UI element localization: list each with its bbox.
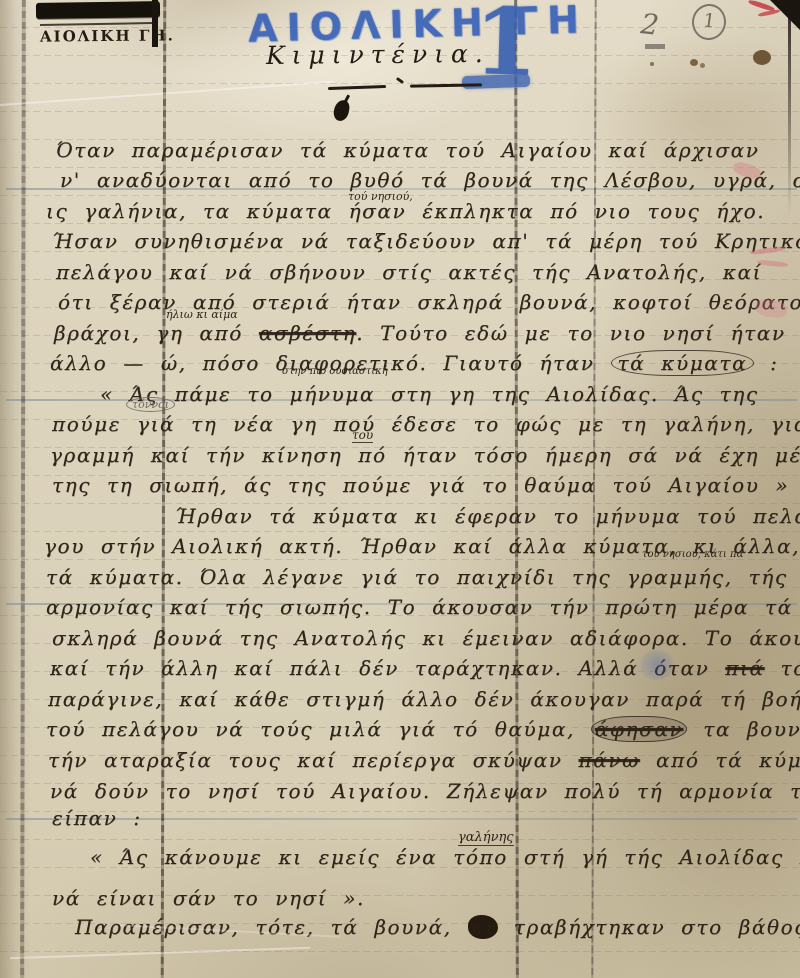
text-segment: σκληρά βουνά της Ανατολής κι έμειναν αδι…: [52, 626, 800, 650]
title-dash-comma: [396, 77, 404, 84]
text-segment: αρμονίας καί τής σιωπής. Το άκουσαν τήν …: [46, 595, 793, 619]
text-segment: γραμμή καί τήν κίνηση πό ήταν τόσο ήμερη…: [50, 443, 800, 467]
manuscript-line: της τη σιωπή, άς της πούμε γιά το θαύμα …: [52, 473, 789, 497]
fold-line: [20, 0, 26, 978]
text-segment: είπαν :: [52, 806, 142, 830]
ink-blot: [333, 99, 351, 122]
manuscript-line: ν' αναδύονται από το βυθό τά βουνά της Λ…: [60, 168, 800, 192]
manuscript-line: είπαν :: [52, 806, 142, 830]
chapter-title: Κιμιντένια.: [266, 39, 490, 70]
title-dash: [328, 85, 386, 90]
text-segment: πελάγου καί νά σβήνουν στίς ακτές τής Αν…: [56, 260, 762, 284]
text-segment: νά δούν το νησί τού Αιγαίου. Ζήλεψαν πολ…: [50, 779, 800, 803]
blue-pencil-smudge: [638, 650, 676, 680]
manuscript-line: Όταν παραμέρισαν τά κύματα τού Αιγαίου κ…: [56, 138, 759, 162]
interlinear-insert: τόννοι: [126, 397, 175, 412]
text-segment: καί τήν άλλη καί πάλι δέν ταράχτηκαν. Αλ…: [50, 656, 725, 680]
red-crayon-mark: [758, 9, 780, 17]
text-segment: « Άς πάμε το μήνυμα στη γη της Αιολίδας.…: [100, 382, 759, 406]
manuscript-line: πελάγου καί νά σβήνουν στίς ακτές τής Αν…: [56, 260, 762, 284]
text-segment: . Τούτο εδώ με το νιο νησί ήταν κάτι: [356, 321, 800, 345]
interlinear-insert: τού νησιού,: [348, 190, 413, 203]
manuscript-line: Ήσαν συνηθισμένα νά ταξιδεύουν απ' τά μέ…: [52, 229, 800, 253]
ink-stain-spot: [650, 62, 654, 66]
manuscript-line: καί τήν άλλη καί πάλι δέν ταράχτηκαν. Αλ…: [50, 656, 800, 680]
manuscript-line: νά δούν το νησί τού Αιγαίου. Ζήλεψαν πολ…: [50, 779, 800, 803]
text-segment-strike: πάνω: [578, 748, 640, 772]
manuscript-line: τήν αταραξία τους καί περίεργα σκύψαν πά…: [48, 748, 800, 772]
interlinear-insert: του νησιού, κάτι πα: [642, 549, 743, 560]
text-segment: τήν αταραξία τους καί περίεργα σκύψαν: [48, 748, 578, 772]
interlinear-insert: στην πιο ουσιαστική: [282, 366, 388, 377]
manuscript-line: παράγινε, καί κάθε στιγμή άλλο δέν άκουγ…: [48, 687, 800, 711]
text-segment: Ήσαν συνηθισμένα νά ταξιδεύουν απ' τά μέ…: [52, 229, 800, 253]
manuscript-line: Ήρθαν τά κύματα κι έφεραν το μήνυμα τού …: [175, 504, 800, 528]
corner-box-edge: [152, 0, 158, 47]
manuscript-line: πούμε γιά τη νέα γη πού έδεσε το φώς με …: [52, 412, 800, 436]
manuscript-line: σκληρά βουνά της Ανατολής κι έμειναν αδι…: [52, 626, 800, 650]
text-segment: τα βουνά άφησαν: [687, 717, 800, 741]
manuscript-line: αρμονίας καί τής σιωπής. Το άκουσαν τήν …: [46, 595, 793, 619]
ink-stain-spot: [753, 50, 771, 65]
text-segment: πούμε γιά τη νέα γη πού έδεσε το φώς με …: [52, 412, 800, 436]
manuscript-page: ΑΙΟΛΙΚΗ ΓΗ. ΑΙΟΛΙΚΗ ΓΗ 1 Κιμιντένια. 2 1…: [0, 0, 800, 978]
text-segment: παράγινε, καί κάθε στιγμή άλλο δέν άκουγ…: [48, 687, 800, 711]
text-segment: « Άς κάνουμε κι εμείς ένα τόπο στή γή τή…: [90, 845, 800, 869]
text-segment: :: [754, 351, 778, 375]
text-segment: Όταν παραμέρισαν τά κύματα τού Αιγαίου κ…: [56, 138, 759, 162]
circled-page-number: 1: [690, 2, 729, 42]
text-segment: βράχοι, γη από: [54, 321, 259, 345]
text-segment: ν' αναδύονται από το βυθό τά βουνά της Λ…: [60, 168, 800, 192]
manuscript-line: νά είναι σάν το νησί ».: [52, 886, 365, 910]
page-number: 2: [639, 7, 660, 42]
scan-corner-shadow: [770, 0, 800, 30]
manuscript-line: βράχοι, γη από ασβέστη. Τούτο εδώ με το …: [54, 321, 800, 345]
manuscript-line: γραμμή καί τήν κίνηση πό ήταν τόσο ήμερη…: [50, 443, 800, 467]
text-segment: από τά κύματα: [640, 748, 800, 772]
corner-label-underline: [40, 22, 152, 26]
interlinear-insert: ήλιω κι αίμα: [166, 308, 238, 321]
interlinear-insert: του: [352, 428, 373, 443]
text-segment-circle: τά κύματα: [611, 350, 755, 376]
chapter-number-base-stroke: [462, 74, 530, 89]
interlinear-insert: γαλήνης: [458, 830, 514, 846]
ink-stain-spot: [700, 63, 705, 68]
redacted-title-bar: [36, 1, 160, 19]
text-segment-strike: πιά: [725, 656, 764, 680]
text-segment: τραβήχτηκαν στο βάθος: [498, 915, 800, 939]
page-number-underline: [645, 44, 665, 49]
manuscript-line: τά κύματα. Όλα λέγανε γιά το παιχνίδι τη…: [46, 565, 800, 589]
text-segment-scribble: άφησαν: [591, 716, 687, 742]
manuscript-line: τού πελάγου νά τούς μιλά γιά τό θαύμα, ά…: [46, 717, 800, 741]
text-segment: νά είναι σάν το νησί ».: [52, 886, 365, 910]
manuscript-line: άλλο — ώ, πόσο διαφορετικό. Γιαυτό ήταν …: [50, 351, 778, 375]
text-segment: τά κύματα. Όλα λέγανε γιά το παιχνίδι τη…: [46, 565, 800, 589]
text-segment: τού πελάγου νά τούς μιλά γιά τό θαύμα,: [46, 717, 591, 741]
ink-stain-spot: [690, 59, 698, 66]
text-segment-blot: κι: [468, 915, 498, 939]
text-segment: Ήρθαν τά κύματα κι έφεραν το μήνυμα τού …: [175, 504, 800, 528]
text-segment: της τη σιωπή, άς της πούμε γιά το θαύμα …: [52, 473, 789, 497]
text-segment: τό κακό: [765, 656, 800, 680]
paper-crease: [0, 81, 334, 106]
text-segment-strike: ασβέστη: [259, 321, 356, 345]
manuscript-line: « Άς κάνουμε κι εμείς ένα τόπο στή γή τή…: [90, 845, 800, 869]
manuscript-line: « Άς πάμε το μήνυμα στη γη της Αιολίδας.…: [100, 382, 759, 406]
